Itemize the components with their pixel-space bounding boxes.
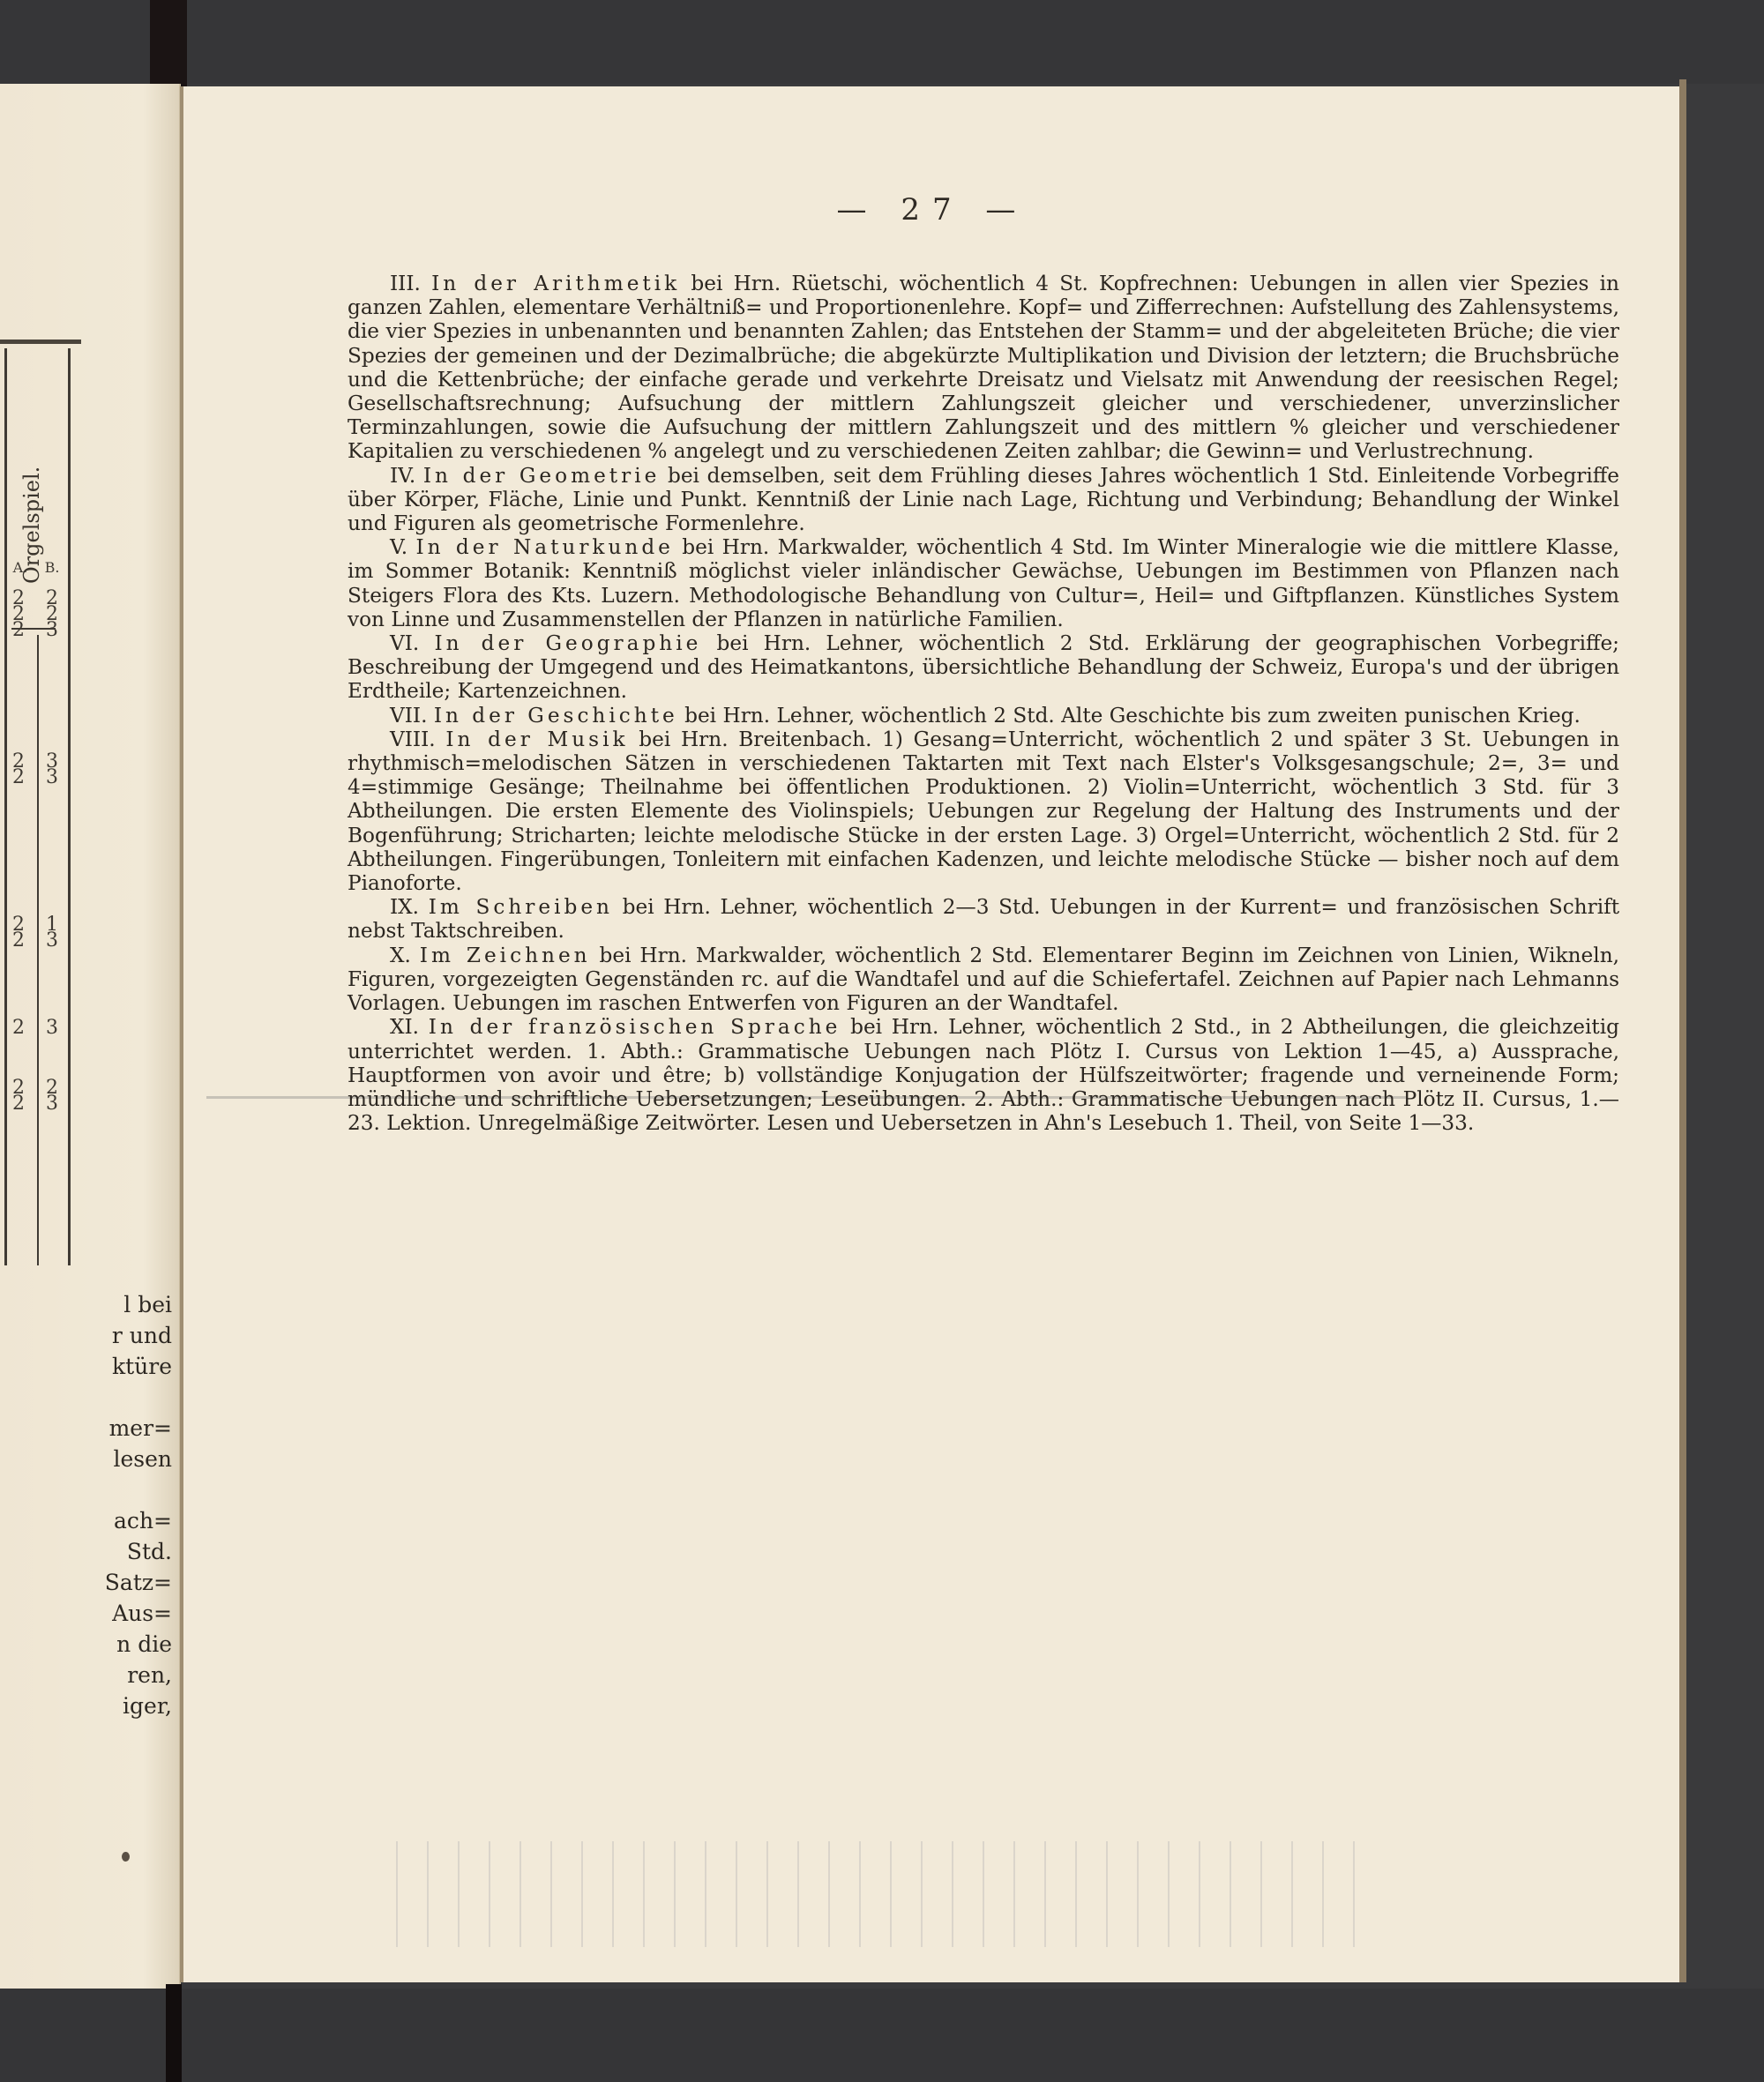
text-fragment: ktüre (112, 1354, 172, 1379)
text-fragment: mer= (109, 1415, 172, 1441)
cell-b: 3 (44, 770, 60, 786)
book-spine-bottom (166, 1984, 182, 2082)
cell-a: 2 (11, 933, 26, 949)
section-naturkunde: V. In der Naturkunde bei Hrn. Markwalder… (348, 535, 1619, 631)
section-numeral: VII. (390, 704, 427, 728)
text-fragment: r und (112, 1323, 172, 1348)
section-arithmetik: III. In der Arithmetik bei Hrn. Rüetschi… (348, 272, 1619, 464)
section-heading: Im Schreiben (429, 895, 613, 919)
right-page: — 27 — III. In der Arithmetik bei Hrn. R… (180, 86, 1685, 1982)
page-body: III. In der Arithmetik bei Hrn. Rüetschi… (348, 272, 1619, 1135)
section-numeral: V. (390, 535, 407, 559)
section-geographie: VI. In der Geographie bei Hrn. Lehner, w… (348, 631, 1619, 704)
cell-a: 2 (11, 623, 26, 638)
show-through-table-lines (396, 1841, 1366, 1947)
text-fragment: ren, (127, 1662, 172, 1688)
text-fragment: l bei (123, 1292, 172, 1317)
text-fragment: n die (116, 1631, 172, 1657)
section-numeral: III. (390, 272, 421, 295)
cell-a: 2 (11, 1096, 26, 1112)
section-text: bei Hrn. Rüetschi, wöchentlich 4 St. Kop… (348, 272, 1619, 463)
text-fragment: lesen (113, 1446, 172, 1472)
section-heading: In der Geschichte (434, 704, 678, 728)
section-heading: In der Geometrie (423, 464, 660, 488)
section-zeichnen: X. Im Zeichnen bei Hrn. Markwalder, wöch… (348, 944, 1619, 1016)
section-numeral: IV. (390, 464, 415, 488)
section-heading: In der Naturkunde (415, 535, 673, 559)
page-number: — 27 — (180, 192, 1685, 228)
section-geometrie: IV. In der Geometrie bei demselben, seit… (348, 464, 1619, 536)
text-fragment: ach= (114, 1508, 172, 1534)
ink-spot (122, 1852, 130, 1862)
cell-b: 3 (44, 1096, 60, 1112)
section-heading: In der französischen Sprache (429, 1015, 841, 1039)
cell-a: 2 (11, 1020, 26, 1036)
table-rule-left (4, 348, 7, 1265)
section-numeral: VI. (390, 631, 419, 655)
section-heading: In der Geographie (434, 631, 701, 655)
section-text: bei Hrn. Lehner, wöchentlich 2 Std. Alte… (678, 704, 1581, 728)
page-edge (1679, 79, 1686, 1982)
section-numeral: XI. (390, 1015, 419, 1039)
subheader-b: B. (44, 560, 60, 576)
section-heading: Im Zeichnen (420, 944, 591, 967)
section-schreiben: IX. Im Schreiben bei Hrn. Lehner, wöchen… (348, 895, 1619, 943)
cell-b: 3 (44, 1020, 60, 1036)
cell-b: 3 (44, 933, 60, 949)
text-fragment: iger, (123, 1693, 172, 1719)
section-heading: In der Arithmetik (431, 272, 680, 295)
cell-a: 2 (11, 770, 26, 786)
table-top-rule (0, 340, 81, 344)
section-musik: VIII. In der Musik bei Hrn. Breitenbach.… (348, 728, 1619, 895)
section-text: bei Hrn. Breitenbach. 1) Gesang=Unterric… (348, 728, 1619, 895)
book-spine (150, 0, 187, 88)
subheader-a: A. (12, 560, 28, 576)
section-numeral: VIII. (390, 728, 436, 751)
section-numeral: IX. (390, 895, 419, 919)
cell-b: 3 (44, 623, 60, 638)
section-franzoesisch: XI. In der französischen Sprache bei Hrn… (348, 1015, 1619, 1135)
scan-background-bottom (0, 1989, 1764, 2082)
left-page: Orgelspiel. A. B. 2 2 2 2 2 3 2 3 2 3 2 … (0, 84, 181, 1989)
table-rule-middle (37, 635, 39, 1265)
section-numeral: X. (390, 944, 411, 967)
section-heading: In der Musik (445, 728, 628, 751)
section-geschichte: VII. In der Geschichte bei Hrn. Lehner, … (348, 704, 1619, 728)
text-fragment: Satz= (105, 1570, 172, 1595)
text-fragment: Std. (127, 1539, 172, 1564)
scan-background-top (0, 0, 1764, 84)
text-fragment: Aus= (112, 1601, 172, 1626)
